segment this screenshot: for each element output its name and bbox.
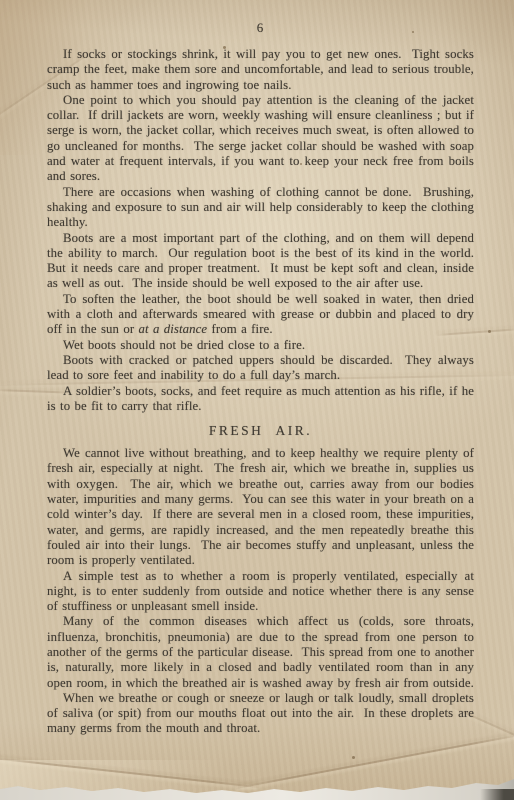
paragraph-boots-importance: Boots are a most important part of the c… xyxy=(47,231,474,292)
paragraph-washing-occasions: There are occasions when washing of clot… xyxy=(47,185,474,231)
paragraph-cracked-uppers: Boots with cracked or patched uppers sho… xyxy=(47,353,474,384)
paragraph-socks: If socks or stockings shrink, it will pa… xyxy=(47,47,474,93)
paragraph-breathing: We cannot live without breathing, and to… xyxy=(47,446,474,568)
fold-highlight xyxy=(0,760,300,794)
scanned-page-photo: 6 If socks or stockings shrink, it will … xyxy=(0,0,514,800)
paragraph-text: from a fire. xyxy=(207,322,272,336)
italic-phrase: at a distance xyxy=(139,322,208,336)
paragraph-ventilation-test: A simple test as to whether a room is pr… xyxy=(47,569,474,615)
paragraph-jacket-collar: One point to which you should pay attent… xyxy=(47,93,474,185)
scan-background-dark-corner xyxy=(480,789,514,800)
section-heading-fresh-air: FRESH AIR. xyxy=(47,423,474,439)
foxing-speck xyxy=(352,756,355,759)
aged-paper-sheet: 6 If socks or stockings shrink, it will … xyxy=(0,0,514,794)
page-number: 6 xyxy=(47,20,474,35)
paragraph-saliva-droplets: When we breathe or cough or sneeze or la… xyxy=(47,691,474,737)
paragraph-soften-leather: To soften the leather, the boot should b… xyxy=(47,292,474,338)
paragraph-common-diseases: Many of the common diseases which affect… xyxy=(47,614,474,690)
paragraph-wet-boots: Wet boots should not be dried close to a… xyxy=(47,338,474,353)
foxing-speck xyxy=(488,330,491,333)
printed-text-block: 6 If socks or stockings shrink, it will … xyxy=(47,20,474,737)
paragraph-soldiers-boots: A soldier’s boots, socks, and feet requi… xyxy=(47,384,474,415)
